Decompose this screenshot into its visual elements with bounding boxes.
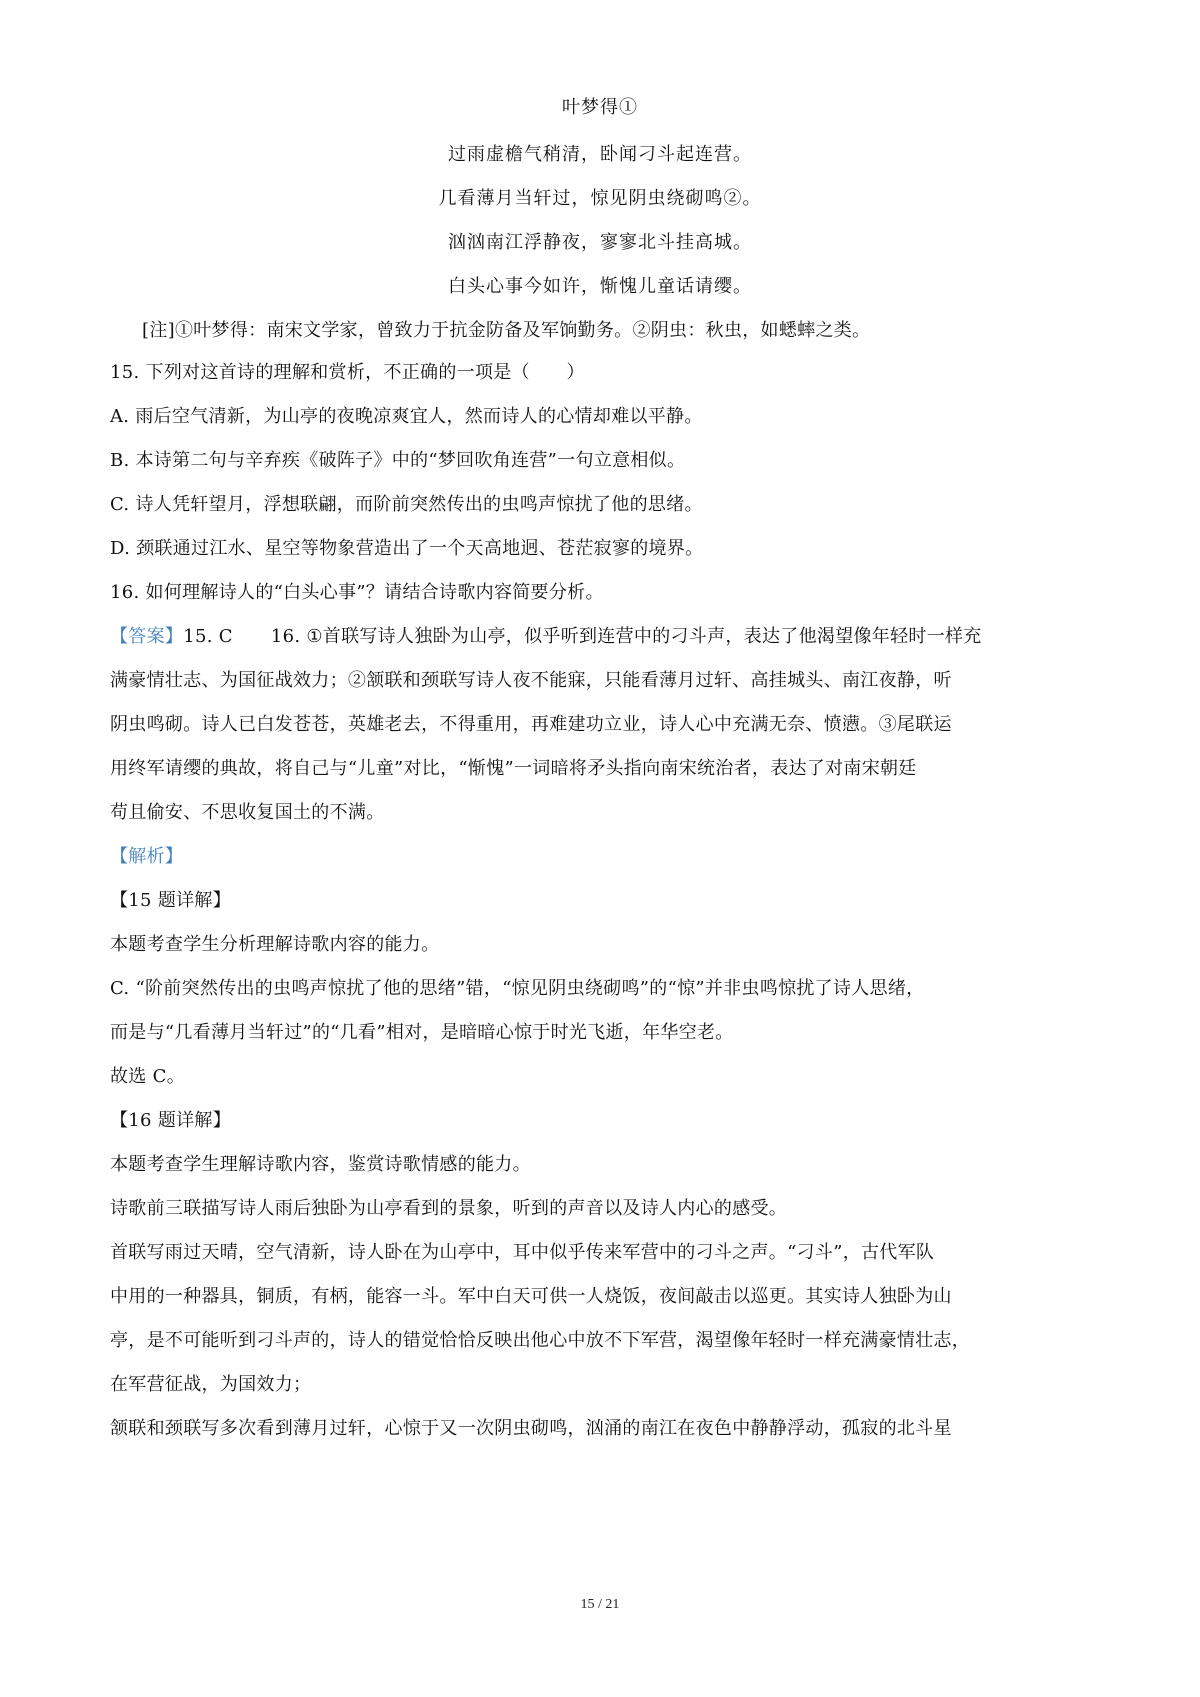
analysis-15-heading: 【15 题详解】 xyxy=(110,886,1100,912)
analysis-16-line-7: 颔联和颈联写多次看到薄月过轩，心惊于又一次阴虫砌鸣，汹涌的南江在夜色中静静浮动，… xyxy=(110,1414,1100,1440)
analysis-16-line-6: 在军营征战，为国效力； xyxy=(110,1370,1100,1396)
analysis-15-line-1: 本题考查学生分析理解诗歌内容的能力。 xyxy=(110,930,1100,956)
document-page: 叶梦得① 过雨虚檐气稍清，卧闻刁斗起连营。 几看薄月当轩过，惊见阴虫绕砌鸣②。 … xyxy=(0,0,1200,1697)
analysis-15-line-4: 故选 C。 xyxy=(110,1062,1100,1088)
question-15-option-d: D. 颈联通过江水、星空等物象营造出了一个天高地迥、苍茫寂寥的境界。 xyxy=(110,534,1100,560)
question-16-stem: 16. 如何理解诗人的“白头心事”？请结合诗歌内容简要分析。 xyxy=(110,578,1100,604)
answer-line-1: 【答案】15. C16. ①首联写诗人独卧为山亭，似乎听到连营中的刁斗声，表达了… xyxy=(110,622,1100,648)
answer-15: 15. C xyxy=(183,626,233,647)
question-15-stem: 15. 下列对这首诗的理解和赏析，不正确的一项是（ ） xyxy=(110,358,1100,384)
poem-author: 叶梦得① xyxy=(0,93,1200,119)
question-15-option-b: B. 本诗第二句与辛弃疾《破阵子》中的“梦回吹角连营”一句立意相似。 xyxy=(110,446,1100,472)
poem-note: [注]①叶梦得：南宋文学家，曾致力于抗金防备及军饷勤务。②阴虫：秋虫，如蟋蟀之类… xyxy=(142,316,1132,342)
analysis-16-line-3: 首联写雨过天晴，空气清新，诗人卧在为山亭中，耳中似乎传来军营中的刁斗之声。“刁斗… xyxy=(110,1238,1100,1264)
analysis-15-line-2: C. “阶前突然传出的虫鸣声惊扰了他的思绪”错，“惊见阴虫绕砌鸣”的“惊”并非虫… xyxy=(110,974,1100,1000)
poem-line-3: 汹汹南江浮静夜，寥寥北斗挂高城。 xyxy=(0,228,1200,254)
analysis-16-line-1: 本题考查学生理解诗歌内容，鉴赏诗歌情感的能力。 xyxy=(110,1150,1100,1176)
poem-line-2: 几看薄月当轩过，惊见阴虫绕砌鸣②。 xyxy=(0,184,1200,210)
analysis-15-line-3: 而是与“几看薄月当轩过”的“几看”相对，是暗暗心惊于时光飞逝，年华空老。 xyxy=(110,1018,1100,1044)
question-15-option-c: C. 诗人凭轩望月，浮想联翩，而阶前突然传出的虫鸣声惊扰了他的思绪。 xyxy=(110,490,1100,516)
answer-16-line-2: 满豪情壮志、为国征战效力；②颔联和颈联写诗人夜不能寐，只能看薄月过轩、高挂城头、… xyxy=(110,666,1100,692)
poem-line-1: 过雨虚檐气稍清，卧闻刁斗起连营。 xyxy=(0,140,1200,166)
page-number: 15 / 21 xyxy=(0,1597,1200,1613)
analysis-16-line-4: 中用的一种器具，铜质，有柄，能容一斗。军中白天可供一人烧饭，夜间敲击以巡更。其实… xyxy=(110,1282,1100,1308)
answer-16-line-1: 16. ①首联写诗人独卧为山亭，似乎听到连营中的刁斗声，表达了他渴望像年轻时一样… xyxy=(271,626,982,647)
analysis-tag: 【解析】 xyxy=(110,842,1100,868)
answer-16-line-4: 用终军请缨的典故，将自己与“儿童”对比，“惭愧”一词暗将矛头指向南宋统治者，表达… xyxy=(110,754,1100,780)
analysis-16-heading: 【16 题详解】 xyxy=(110,1106,1100,1132)
answer-16-line-5: 苟且偷安、不思收复国土的不满。 xyxy=(110,798,1100,824)
poem-line-4: 白头心事今如许，惭愧儿童话请缨。 xyxy=(0,272,1200,298)
answer-tag: 【答案】 xyxy=(110,626,183,647)
analysis-16-line-5: 亭，是不可能听到刁斗声的，诗人的错觉恰恰反映出他心中放不下军营，渴望像年轻时一样… xyxy=(110,1326,1100,1352)
question-15-option-a: A. 雨后空气清新，为山亭的夜晚凉爽宜人，然而诗人的心情却难以平静。 xyxy=(110,402,1100,428)
analysis-16-line-2: 诗歌前三联描写诗人雨后独卧为山亭看到的景象，听到的声音以及诗人内心的感受。 xyxy=(110,1194,1100,1220)
answer-16-line-3: 阴虫鸣砌。诗人已白发苍苍，英雄老去，不得重用，再难建功立业，诗人心中充满无奈、愤… xyxy=(110,710,1100,736)
